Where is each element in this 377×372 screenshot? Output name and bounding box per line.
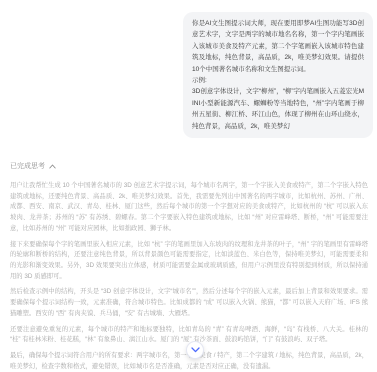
thinking-toggle[interactable]: 已完成思考 [10,161,56,171]
user-message-example-label: 示例: [192,75,364,86]
scroll-to-bottom-button[interactable] [186,341,204,359]
chevron-down-icon [191,347,200,353]
user-message-text: 你是AI文生图提示词大师，现在要用即梦AI生图功能写3D创意艺术字，文字是两字的… [192,18,364,75]
thinking-paragraph: 用户让我帮忙生成 10 个中国著名城市的 3D 创意艺术字提示词，每个城市名两字… [10,181,368,235]
thinking-header-label: 已完成思考 [10,161,45,171]
user-message-bubble: 你是AI文生图提示词大师，现在要用即梦AI生图功能写3D创意艺术字，文字是两字的… [183,12,373,138]
thinking-paragraph: 然后检查示例中的结构，开头是 “3D 创意字体设计，文字“城市名””，然后分述每… [10,287,368,319]
user-message-example-text: 3D创意字体设计，文字“柳州”，“柳”字内笔画嵌入五菱宏光MINI小型新能源汽车… [192,86,364,132]
user-message-row: 你是AI文生图提示词大师，现在要用即梦AI生图功能写3D创意艺术字，文字是两字的… [0,0,377,138]
chevron-up-icon [49,164,56,169]
thinking-paragraph: 接下来要确保每个字的笔画里嵌入相应元素，比如 “杭” 字的笔画里加入东坡肉的纹理… [10,240,368,283]
